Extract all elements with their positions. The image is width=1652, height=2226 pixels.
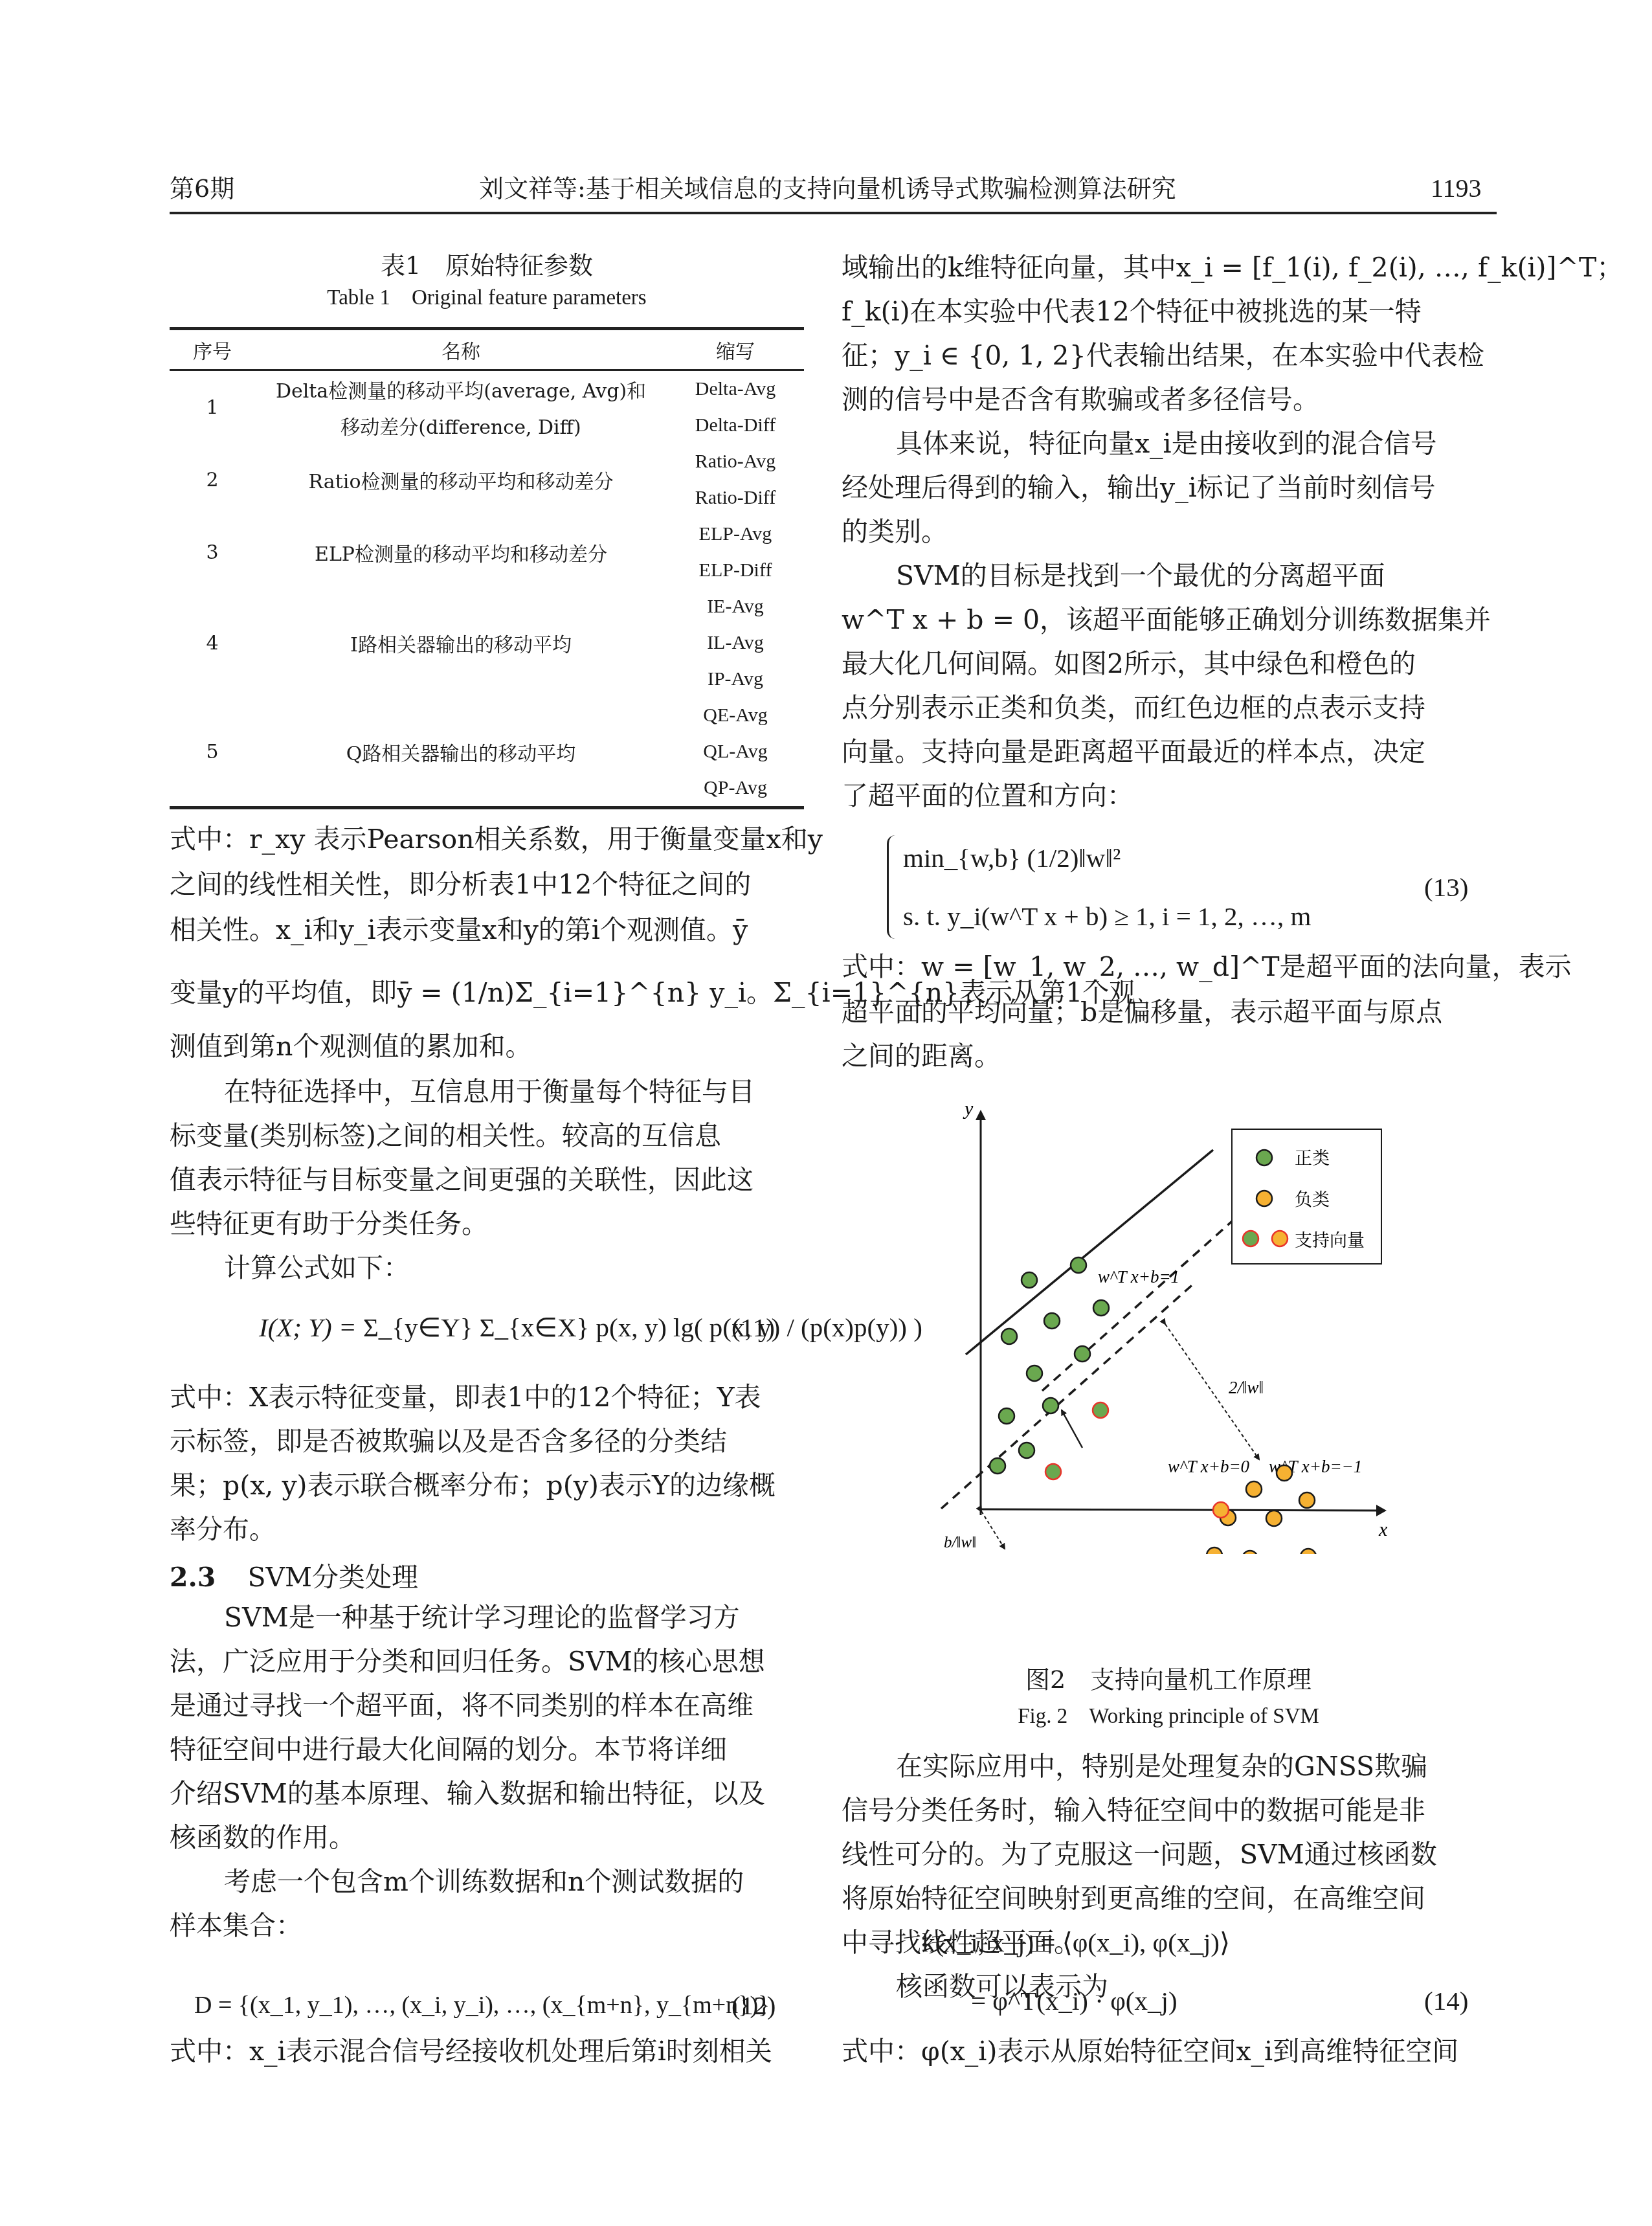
col-header-name: 名称	[255, 329, 667, 370]
paragraph-mutual-info: 在特征选择中，互信息用于衡量每个特征与目 标变量(类别标签)之间的相关性。较高的…	[170, 1074, 804, 1250]
paragraph-pearson: 式中：r_xy 表示Pearson相关系数，用于衡量变量x和y 之间的线性相关性…	[170, 821, 804, 1074]
hyperplane-label: w^T x+b=0	[1168, 1457, 1250, 1476]
offset-label: b/‖w‖	[944, 1534, 976, 1551]
table-row: 4 I路相关器输出的移动平均 IE-Avg	[170, 589, 804, 625]
feature-table: 序号 名称 缩写 1 Delta检测量的移动平均(average, Avg)和 …	[170, 327, 804, 809]
equation-13-line-1: min_{w,b} (1/2)‖w‖²	[903, 835, 1121, 881]
figure-caption-cn: 图2 支持向量机工作原理	[842, 1663, 1495, 1696]
equation-13-number: (13)	[1424, 864, 1468, 910]
legend-negative-swatch	[1256, 1191, 1272, 1206]
table-row: 1 Delta检测量的移动平均(average, Avg)和 Delta-Avg	[170, 370, 804, 408]
header-rule	[170, 212, 1497, 214]
table-row: 3 ELP检测量的移动平均和移动差分 ELP-Avg	[170, 516, 804, 552]
offset-arrow	[981, 1511, 1005, 1549]
margin-width-label: 2/‖w‖	[1229, 1378, 1264, 1397]
y-axis	[976, 1110, 986, 1515]
journal-issue: 第6期	[170, 174, 234, 203]
legend-positive-label: 正类	[1295, 1149, 1330, 1168]
section-heading-2-3: 2.3 SVM分类处理	[170, 1555, 804, 1599]
table-caption-en: Table 1 Original feature parameters	[170, 282, 804, 314]
equation-11-number: (11)	[731, 1301, 775, 1353]
equation-13-line-2: s. t. y_i(w^T x + b) ≥ 1, i = 1, 2, …, m	[903, 894, 1311, 939]
upper-margin-line	[941, 1281, 1196, 1509]
equation-11: I(X; Y) = Σ_{y∈Y} Σ_{x∈X} p(x, y) lg( p(…	[259, 1301, 922, 1353]
legend-support-label: 支持向量	[1295, 1231, 1365, 1250]
section-title: SVM分类处理	[247, 1562, 418, 1593]
equation-13-brace	[887, 835, 895, 939]
left-column-text-2: 式中：X表示特征变量，即表1中的12个特征；Y表 示标签，即是否被欺骗以及是否含…	[170, 1379, 804, 1951]
table-row: 2 Ratio检测量的移动平均和移动差分 Ratio-Avg	[170, 444, 804, 480]
legend-negative-label: 负类	[1295, 1190, 1330, 1209]
equation-12-number: (12)	[731, 1983, 776, 2028]
legend-support-orange-swatch	[1272, 1231, 1288, 1246]
hyperplane-line	[966, 1150, 1213, 1355]
equation-12: D = {(x_1, y_1), …, (x_i, y_i), …, (x_{m…	[194, 1983, 770, 2028]
upper-margin-label: w^T x+b=1	[1098, 1267, 1179, 1287]
x-axis	[979, 1505, 1387, 1516]
figure-2-svm-diagram: y x w^T x+b=1 w^T x+b=0 w^T x+b=−1 2/‖w‖…	[932, 1101, 1437, 1554]
x-axis-label: x	[1378, 1519, 1388, 1540]
table-row: 移动差分(difference, Diff) Delta-Diff	[170, 407, 804, 444]
page-number: 1193	[1431, 174, 1482, 203]
positive-class-points	[990, 1257, 1109, 1474]
section-number: 2.3	[170, 1562, 216, 1593]
col-header-index: 序号	[170, 329, 255, 370]
left-column-text: 式中：r_xy 表示Pearson相关系数，用于衡量变量x和y 之间的线性相关性…	[170, 821, 804, 1295]
right-column-text: 域输出的k维特征向量，其中x_i = [f_1(i), f_2(i), …, f…	[842, 249, 1495, 822]
table-row: 5 Q路相关器输出的移动平均 QE-Avg	[170, 697, 804, 734]
paragraph-formula-intro: 计算公式如下：	[170, 1250, 804, 1295]
right-column-text-3: 在实际应用中，特别是处理复杂的GNSS欺骗 信号分类任务时，输入特征空间中的数据…	[842, 1748, 1495, 2012]
normal-vector-arrow	[1062, 1410, 1082, 1448]
legend-support-green-swatch	[1243, 1231, 1258, 1246]
y-axis-label: y	[963, 1101, 974, 1119]
right-column-tail: 式中：φ(x_i)表示从原始特征空间x_i到高维特征空间	[842, 2033, 1495, 2069]
running-title: 刘文祥等:基于相关域信息的支持向量机诱导式欺骗检测算法研究	[479, 174, 1176, 203]
col-header-abbr: 缩写	[667, 329, 804, 370]
legend: 正类 负类 支持向量	[1232, 1129, 1381, 1264]
equation-14-number: (14)	[1424, 1975, 1468, 2027]
left-column-tail: 式中：x_i表示混合信号经接收机处理后第i时刻相关	[170, 2033, 804, 2069]
equation-14-line-1: k(x_i, x_j) = ⟨φ(x_i), φ(x_j)⟩	[922, 1917, 1230, 1968]
right-column-text-2: 式中：w = [w_1, w_2, …, w_d]^T是超平面的法向量，表示 超…	[842, 949, 1495, 1082]
legend-positive-swatch	[1256, 1150, 1272, 1165]
table-caption-cn: 表1 原始特征参数	[170, 249, 804, 282]
equation-14-line-2: = φ^T(x_i) · φ(x_j)	[971, 1975, 1178, 2027]
support-vectors	[1045, 1402, 1229, 1554]
table-1: 表1 原始特征参数 Table 1 Original feature param…	[170, 249, 804, 809]
figure-caption-en: Fig. 2 Working principle of SVM	[842, 1700, 1495, 1733]
